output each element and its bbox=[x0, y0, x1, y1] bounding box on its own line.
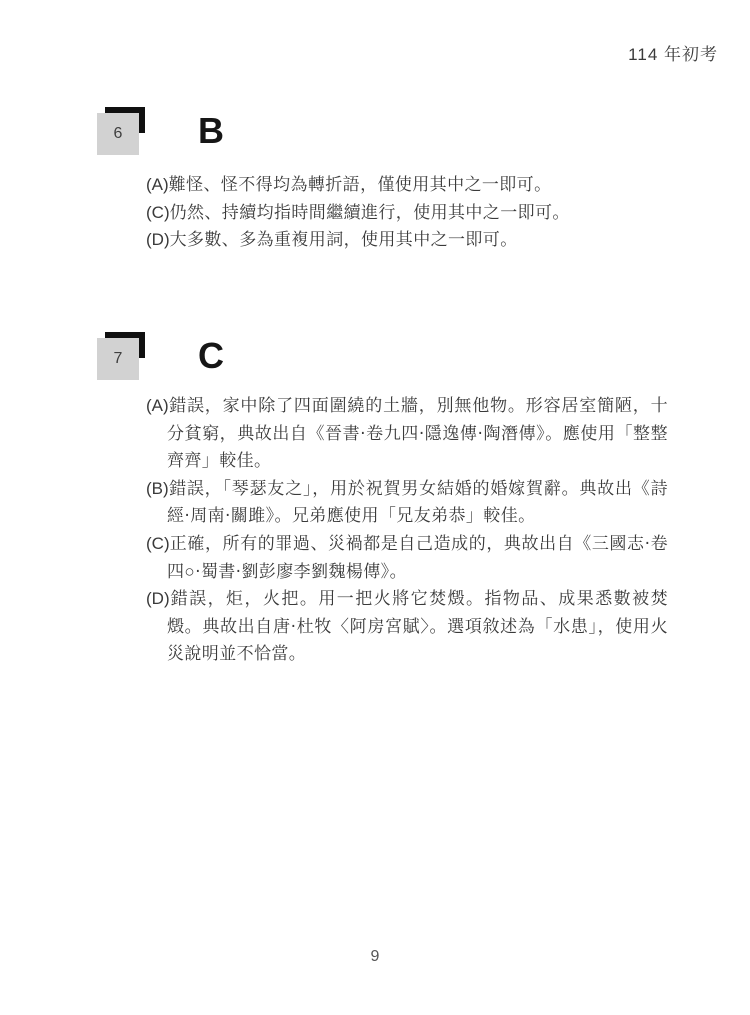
explanation-text: 仍然、持續均指時間繼續進行，使用其中之一即可。 bbox=[170, 203, 570, 222]
option-label: (A) bbox=[146, 396, 169, 415]
explanation-item: (D)大多數、多為重複用詞，使用其中之一即可。 bbox=[146, 226, 668, 254]
option-label: (C) bbox=[146, 534, 170, 553]
explanation-list: (A)錯誤，家中除了四面圍繞的土牆，別無他物。形容居室簡陋，十分貧窮，典故出自《… bbox=[146, 392, 668, 668]
explanation-item: (A)錯誤，家中除了四面圍繞的土牆，別無他物。形容居室簡陋，十分貧窮，典故出自《… bbox=[146, 392, 668, 475]
question-number: 7 bbox=[97, 338, 139, 380]
explanation-item: (D)錯誤，炬，火把。用一把火將它焚燬。指物品、成果悉數被焚燬。典故出自唐‧杜牧… bbox=[146, 585, 668, 668]
explanation-text: 正確，所有的罪過、災禍都是自己造成的，典故出自《三國志‧卷四○‧蜀書‧劉彭廖李劉… bbox=[167, 534, 668, 581]
exam-title: 114 年初考 bbox=[628, 40, 718, 65]
explanation-text: 錯誤，家中除了四面圍繞的土牆，別無他物。形容居室簡陋，十分貧窮，典故出自《晉書‧… bbox=[167, 396, 668, 470]
explanation-list: (A)難怪、怪不得均為轉折語，僅使用其中之一即可。 (C)仍然、持續均指時間繼續… bbox=[146, 171, 668, 254]
question-number-badge: 6 bbox=[97, 107, 157, 163]
option-label: (A) bbox=[146, 175, 169, 194]
explanation-item: (A)難怪、怪不得均為轉折語，僅使用其中之一即可。 bbox=[146, 171, 668, 199]
answer-letter: C bbox=[198, 332, 225, 380]
option-label: (D) bbox=[146, 589, 170, 608]
explanation-item: (C)仍然、持續均指時間繼續進行，使用其中之一即可。 bbox=[146, 199, 668, 227]
explanation-text: 難怪、怪不得均為轉折語，僅使用其中之一即可。 bbox=[169, 175, 552, 194]
explanation-text: 錯誤，「琴瑟友之」，用於祝賀男女結婚的婚嫁賀辭。典故出《詩經‧周南‧關雎》。兄弟… bbox=[167, 479, 668, 526]
answer-key-page: 114 年初考 6 B (A)難怪、怪不得均為轉折語，僅使用其中之一即可。 (C… bbox=[0, 0, 750, 1015]
option-label: (D) bbox=[146, 230, 170, 249]
explanation-item: (B)錯誤，「琴瑟友之」，用於祝賀男女結婚的婚嫁賀辭。典故出《詩經‧周南‧關雎》… bbox=[146, 475, 668, 530]
option-label: (B) bbox=[146, 479, 169, 498]
question-number: 6 bbox=[97, 113, 139, 155]
page-number: 9 bbox=[0, 948, 750, 966]
explanation-item: (C)正確，所有的罪過、災禍都是自己造成的，典故出自《三國志‧卷四○‧蜀書‧劉彭… bbox=[146, 530, 668, 585]
question-number-badge: 7 bbox=[97, 332, 157, 388]
explanation-text: 大多數、多為重複用詞，使用其中之一即可。 bbox=[170, 230, 518, 249]
explanation-text: 錯誤，炬，火把。用一把火將它焚燬。指物品、成果悉數被焚燬。典故出自唐‧杜牧〈阿房… bbox=[167, 589, 668, 663]
answer-letter: B bbox=[198, 107, 225, 155]
option-label: (C) bbox=[146, 203, 170, 222]
